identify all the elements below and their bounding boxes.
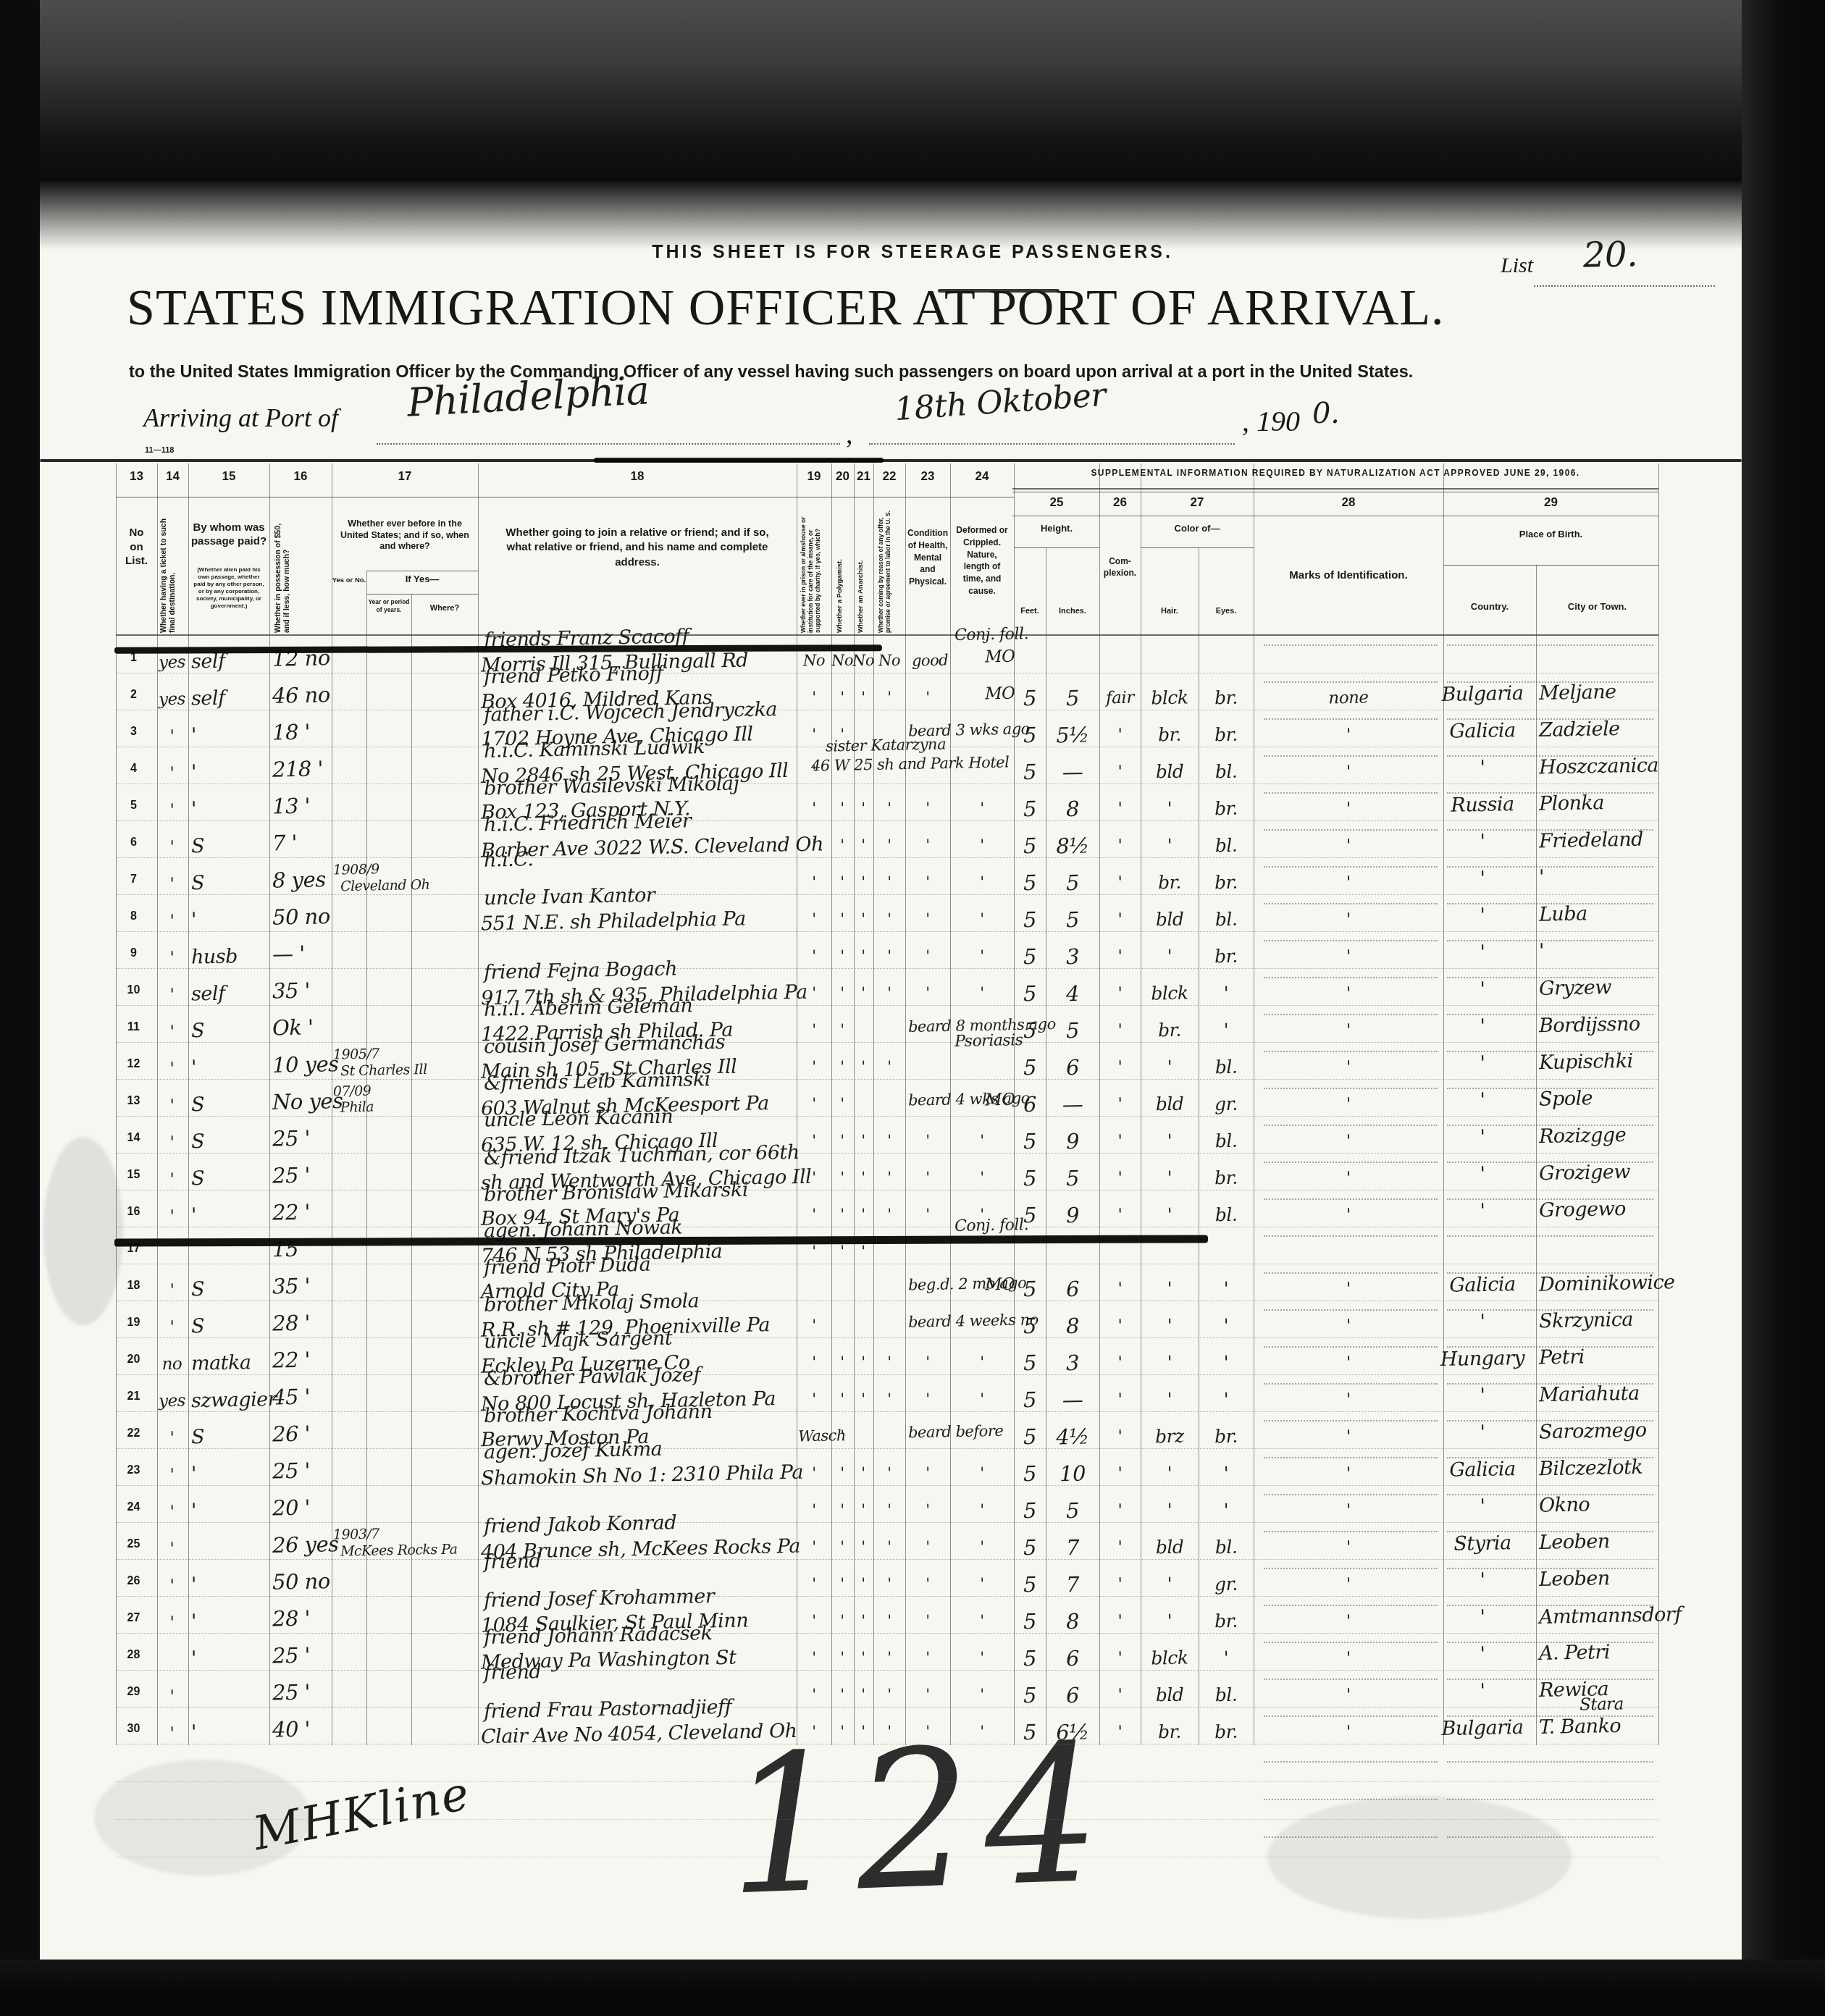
header-rule: [1141, 547, 1254, 548]
cell-hair: ': [1141, 945, 1199, 967]
cell-height-inches: 7: [1046, 1534, 1100, 1560]
cell-hair: blck: [1141, 1647, 1199, 1669]
cell-birth-city: Hoszczanica: [1539, 754, 1659, 778]
cell-height-feet: 5: [1014, 760, 1046, 785]
grid-line: [411, 594, 412, 1745]
cell-eyes: ': [1199, 1499, 1254, 1521]
col23-number: 23: [905, 469, 950, 484]
cell-mark: ': [873, 836, 905, 854]
row-separator-line: [116, 1411, 1658, 1412]
cell-complexion: ': [1099, 983, 1141, 1003]
cell-mark: ': [798, 910, 830, 928]
cell-mark: ': [966, 1686, 998, 1704]
cell-hair: bld: [1141, 1536, 1199, 1558]
cell-before-us-where: St Charles Ill: [340, 1062, 427, 1079]
cell-height-feet: 5: [1014, 1351, 1046, 1376]
row-separator-line: [116, 1485, 1658, 1486]
cell-birth-city: Leoben: [1539, 1530, 1610, 1554]
cell-money: 218 ': [272, 756, 324, 781]
cell-ticket: yes: [156, 653, 188, 673]
marks-leader-line: [1264, 903, 1438, 904]
cell-passage-paid: self: [191, 687, 225, 710]
cell-birth-country: ': [1429, 830, 1537, 854]
cell-mark: ': [966, 1169, 998, 1187]
cell-deformed-initials: MO: [985, 1275, 1015, 1295]
col29-country-label: Country.: [1443, 601, 1536, 612]
cell-money: — ': [272, 941, 305, 967]
cell-mark: ': [873, 910, 905, 928]
cell-eyes: ': [1199, 1647, 1254, 1668]
row-number: 4: [116, 763, 151, 776]
page-title: STATES IMMIGRATION OFFICER AT PORT OF AR…: [127, 280, 1445, 337]
cell-mark: ': [826, 1021, 858, 1039]
cell-money: 50 no: [272, 1568, 330, 1595]
cell-mark: ': [912, 947, 944, 965]
row-separator-line: [116, 1744, 1658, 1744]
cell-birth-country: ': [1429, 1384, 1537, 1408]
cell-height-feet: 5: [1014, 1461, 1046, 1487]
cell-before-us-year: 1903/7: [333, 1526, 379, 1542]
row-separator-line: [116, 857, 1658, 858]
row-number: 2: [116, 689, 151, 702]
cell-birth-city: T. Banko: [1539, 1715, 1621, 1739]
cell-ticket: ': [156, 949, 188, 968]
cell-mark: ': [912, 1612, 944, 1630]
cell-mark: ': [966, 799, 998, 818]
cell-before-us-year: 1908/9: [333, 861, 379, 878]
col22-header-label: Whether coming by reason of any offer, p…: [877, 508, 903, 633]
cell-marks: ': [1297, 1427, 1400, 1448]
scan-left-band: [0, 0, 40, 2016]
cell-passage-paid: ': [191, 761, 197, 784]
cell-ticket: ': [156, 1613, 188, 1633]
cell-birth-city: Bordijssno: [1539, 1013, 1640, 1038]
cell-height-feet: 5: [1014, 1572, 1046, 1597]
cell-money: 28 ': [272, 1311, 311, 1336]
cell-eyes: ': [1199, 1351, 1254, 1373]
cell-hair: blck: [1141, 982, 1199, 1004]
cell-marks: ': [1297, 1316, 1400, 1337]
cell-height-inches: 6½: [1046, 1719, 1100, 1744]
marks-leader-line: [1264, 977, 1438, 978]
cell-height-inches: 8: [1046, 1313, 1100, 1338]
cell-relative-name: friend Fejna Bogach: [484, 957, 677, 983]
col25-inches-label: Inches.: [1046, 607, 1099, 616]
cell-birth-country: ': [1429, 1162, 1537, 1187]
cell-deformed-initials: MO: [985, 647, 1015, 667]
cell-money: 18 ': [272, 720, 311, 745]
cell-mark: ': [798, 1575, 830, 1593]
header-rule: [116, 634, 1658, 636]
cell-eyes: bl.: [1199, 834, 1254, 856]
cell-birth-city: Grozigew: [1539, 1161, 1631, 1185]
cell-height-feet: 5: [1014, 1129, 1046, 1154]
col22-number: 22: [873, 469, 905, 484]
cell-hair: ': [1141, 1167, 1199, 1189]
cell-before-us-year: 07/09: [333, 1083, 372, 1100]
cell-birth-country: ': [1429, 1421, 1537, 1445]
cell-height-feet: 5: [1014, 1387, 1046, 1413]
cell-marks: ': [1297, 1574, 1400, 1595]
cell-ticket: ': [156, 727, 188, 747]
cell-height-inches: 4½: [1046, 1424, 1100, 1449]
cell-money: 25 ': [272, 1458, 311, 1484]
cell-ticket: ': [156, 875, 188, 894]
cell-passage-paid: ': [191, 1500, 197, 1522]
col15-header-label: By whom was passage paid?: [190, 521, 268, 549]
cell-deformed: Conj. foll.: [955, 1216, 1028, 1235]
cell-complexion: ': [1099, 1500, 1141, 1520]
marks-leader-line: [1264, 1494, 1438, 1495]
col20-header-label: Whether a Polygamist.: [836, 508, 852, 633]
cell-hair: ': [1141, 1573, 1199, 1595]
header-rule: [1012, 516, 1658, 516]
cell-mark: ': [798, 689, 830, 707]
col16-number: 16: [269, 469, 332, 484]
cell-passage-paid: husb: [191, 945, 238, 968]
year-digit-handwritten: 0.: [1312, 397, 1340, 431]
cell-passage-paid: ': [191, 1647, 197, 1670]
cell-mark: ': [966, 984, 998, 1002]
cell-relative-name: brother Mikolaj Smola: [484, 1290, 700, 1316]
list-number-handwritten: 20.: [1582, 234, 1637, 275]
cell-marks: ': [1297, 910, 1400, 931]
col27-eyes-label: Eyes.: [1199, 607, 1254, 616]
cell-passage-paid: ': [191, 1463, 197, 1485]
scan-top-fade: [40, 181, 1742, 250]
cell-hair: brz: [1141, 1425, 1199, 1448]
cell-deformed: Conj. foll.: [955, 625, 1028, 644]
cell-mark: ': [798, 1538, 830, 1556]
cell-birth-country: ': [1429, 867, 1537, 891]
col27-header-label: Color of—: [1141, 523, 1254, 534]
cell-mark: ': [798, 1206, 830, 1224]
cell-eyes: bl.: [1199, 760, 1254, 782]
cell-marks: ': [1297, 1611, 1400, 1632]
cell-before-us-where: Cleveland Oh: [340, 877, 430, 894]
row-separator-line: [116, 1448, 1658, 1449]
row-number: 28: [116, 1649, 151, 1662]
cell-mark: ': [873, 947, 905, 965]
cell-before-us-year: 1905/7: [333, 1046, 379, 1062]
marks-leader-line: [1264, 1642, 1438, 1643]
row-separator-line: [116, 1633, 1658, 1634]
cell-hair: bld: [1141, 760, 1199, 783]
cell-birth-city: Meljane: [1539, 681, 1616, 705]
birth-leader-line: [1447, 1235, 1653, 1237]
cell-mark: ': [798, 1243, 830, 1261]
cell-mark: ': [873, 873, 905, 891]
date-underline: [869, 443, 1235, 445]
cell-complexion: ': [1099, 1131, 1141, 1151]
cell-height-inches: 5: [1046, 1498, 1100, 1523]
col28-number: 28: [1254, 495, 1443, 510]
row-number: 7: [116, 873, 151, 886]
col19-header-label: Whether ever in prison or almshouse or i…: [800, 508, 830, 633]
scan-top-shadow: [0, 0, 1825, 182]
cell-ticket: yes: [156, 690, 188, 710]
row-number: 13: [116, 1095, 151, 1108]
row-number: 21: [116, 1390, 151, 1403]
marks-leader-line: [1264, 1679, 1438, 1680]
cell-marks: ': [1297, 1537, 1400, 1558]
cell-relative-name: brother Kochtva Johann: [484, 1400, 713, 1427]
cell-mark: ': [873, 1686, 905, 1704]
cell-mark: ': [966, 1501, 998, 1519]
row-separator-line: [116, 1190, 1658, 1190]
row-separator-line: [116, 1374, 1658, 1375]
header-rule: [366, 594, 478, 595]
cell-birth-country: ': [1429, 1605, 1537, 1630]
col18-header-label: Whether going to join a relative or frie…: [492, 526, 782, 570]
cell-complexion: ': [1099, 873, 1141, 892]
cell-before-us-where: McKees Rocks Pa: [340, 1541, 458, 1559]
cell-mark: ': [873, 1132, 905, 1150]
cell-mark: ': [798, 1686, 830, 1704]
cell-height-feet: 5: [1014, 1646, 1046, 1671]
cell-birth-country: ': [1429, 1125, 1537, 1150]
cell-complexion: ': [1099, 910, 1141, 929]
col14-number: 14: [157, 469, 188, 484]
cell-health-note: beard before: [908, 1422, 1004, 1442]
steerage-banner: THIS SHEET IS FOR STEERAGE PASSENGERS.: [623, 242, 1202, 263]
cell-mark: ': [798, 1501, 830, 1519]
cell-mark: ': [826, 1427, 858, 1445]
cell-birth-city: Okno: [1539, 1493, 1590, 1516]
marks-leader-line: [1264, 1272, 1438, 1274]
row-number: 12: [116, 1058, 151, 1071]
cell-mark: ': [798, 799, 830, 818]
cell-birth-city: Skrzynica: [1539, 1309, 1634, 1332]
cell-mark: ': [966, 1132, 998, 1150]
cell-mark: ': [912, 1353, 944, 1372]
cell-eyes: br.: [1199, 945, 1254, 967]
cell-mark: ': [966, 1612, 998, 1630]
cell-birth-country: ': [1429, 1199, 1537, 1224]
cell-mark: ': [847, 1243, 879, 1261]
cell-money: 28 ': [272, 1606, 311, 1631]
cell-complexion: ': [1099, 1316, 1141, 1335]
row-number: 6: [116, 836, 151, 849]
row-number: 29: [116, 1686, 151, 1699]
cell-birth-city: A. Petri: [1539, 1641, 1611, 1665]
cell-mark: ': [966, 1464, 998, 1482]
cell-marks: ': [1297, 1131, 1400, 1152]
birth-leader-line: [1447, 1836, 1653, 1838]
cell-mark: ': [912, 873, 944, 891]
col25-number: 25: [1014, 495, 1099, 510]
cell-relative-name: uncle Majk Sargent: [484, 1327, 673, 1353]
cell-mark: ': [912, 1538, 944, 1556]
cell-ticket: ': [156, 1207, 188, 1227]
cell-mark: ': [798, 1058, 830, 1076]
cell-deformed-initials: MO: [985, 684, 1015, 704]
cell-height-inches: 5: [1046, 1017, 1100, 1043]
cell-money: 35 ': [272, 1274, 311, 1299]
cell-mark: No: [798, 652, 830, 670]
cell-mark: Wasch: [798, 1427, 830, 1445]
cell-passage-paid: S: [191, 1167, 205, 1190]
col17-number: 17: [332, 469, 478, 484]
cell-passage-paid: ': [191, 1204, 197, 1227]
list-underline: [1534, 285, 1715, 287]
cell-complexion: ': [1099, 799, 1141, 818]
cell-complexion: ': [1099, 1685, 1141, 1705]
cell-height-inches: 6: [1046, 1682, 1100, 1708]
col18-number: 18: [478, 469, 797, 484]
cell-mark: ': [912, 1723, 944, 1741]
cell-eyes: br.: [1199, 1610, 1254, 1631]
row-number: 3: [116, 726, 151, 739]
cell-passage-paid: ': [191, 1721, 197, 1744]
cell-marks: ': [1297, 1279, 1400, 1300]
cell-mark: ': [912, 910, 944, 928]
cell-passage-paid: self: [191, 983, 225, 1006]
cell-marks: ': [1297, 1094, 1400, 1115]
cell-birth-country: Galicia: [1429, 719, 1537, 744]
cell-mark: ': [798, 1095, 830, 1113]
cell-relative-name: h.i.l. Aberim Geleman: [484, 994, 693, 1021]
cell-relative-name: uncle Ivan Kantor: [484, 884, 655, 910]
cell-passage-paid: S: [191, 1093, 205, 1116]
scan-bottom-band: [0, 1960, 1825, 2016]
row-number: 5: [116, 799, 151, 812]
cell-birth-city: Rozizgge: [1539, 1124, 1627, 1148]
cell-eyes: br.: [1199, 1721, 1254, 1742]
cell-birth-country: ': [1429, 1568, 1537, 1593]
cell-height-inches: 6: [1046, 1054, 1100, 1080]
cell-mark: ': [798, 947, 830, 965]
cell-mark: ': [966, 873, 998, 891]
cell-eyes: br.: [1199, 1425, 1254, 1447]
cell-ticket: ': [156, 1687, 188, 1707]
marks-leader-line: [1264, 681, 1438, 683]
cell-mark: ': [798, 1021, 830, 1039]
cell-hair: ': [1141, 1314, 1199, 1337]
cell-hair: bld: [1141, 1093, 1199, 1115]
col24-number: 24: [950, 469, 1014, 484]
cell-passage-paid: S: [191, 1426, 205, 1448]
cell-passage-paid: ': [191, 1574, 197, 1596]
row-separator-line: [116, 1522, 1658, 1523]
cell-money: 7 ': [272, 831, 298, 856]
cell-birth-country: ': [1429, 1310, 1537, 1335]
cell-height-inches: 5: [1046, 685, 1100, 710]
cell-height-feet: 5: [1014, 981, 1046, 1007]
cell-mark: ': [966, 1353, 998, 1372]
row-number: 24: [116, 1501, 151, 1514]
grid-line: [1658, 463, 1659, 1745]
cell-mark: ': [912, 836, 944, 854]
cell-mark: ': [966, 1390, 998, 1408]
cell-birth-city: Sarozmego: [1539, 1419, 1647, 1444]
cell-birth-country: ': [1429, 941, 1537, 965]
col17-where-label: Where?: [411, 604, 478, 613]
cell-money: 25 ': [272, 1126, 311, 1151]
cell-eyes: bl.: [1199, 1536, 1254, 1558]
cell-height-feet: 6: [1014, 1092, 1046, 1117]
row-separator-line: [116, 894, 1658, 895]
cell-passage-paid: ': [191, 1610, 197, 1633]
cell-birth-city: Dominikowice: [1539, 1271, 1675, 1296]
cell-height-feet: 5: [1014, 1683, 1046, 1708]
cell-height-feet: 5: [1014, 686, 1046, 711]
cell-mark: ': [873, 1206, 905, 1224]
cell-money: 22 ': [272, 1348, 311, 1373]
col17-header-label: Whether ever before in the United States…: [335, 518, 475, 553]
row-separator-line: [116, 1005, 1658, 1006]
cell-birth-country: ': [1429, 904, 1537, 928]
cell-height-inches: 9: [1046, 1202, 1100, 1227]
cell-hair: bld: [1141, 908, 1199, 931]
cell-eyes: br.: [1199, 723, 1254, 745]
marks-leader-line: [1264, 1198, 1438, 1200]
row-number: 14: [116, 1132, 151, 1145]
cell-mark: ': [798, 1723, 830, 1741]
cell-money: Ok ': [272, 1015, 314, 1040]
cell-hair: ': [1141, 1462, 1199, 1484]
cell-mark: ': [966, 1649, 998, 1667]
cell-birth-country: ': [1429, 1642, 1537, 1667]
cell-ticket: ': [156, 838, 188, 857]
cell-marks: ': [1297, 946, 1400, 967]
grid-line: [478, 463, 479, 1745]
cell-height-inches: —: [1046, 1091, 1100, 1117]
cell-birth-city: Luba: [1539, 902, 1587, 925]
cell-eyes: gr.: [1199, 1573, 1254, 1595]
marks-leader-line: [1264, 1014, 1438, 1015]
cell-birth-country: ': [1429, 978, 1537, 1002]
cell-marks: ': [1297, 1500, 1400, 1521]
marks-leader-line: [1264, 1761, 1438, 1763]
cell-money: 50 no: [272, 904, 330, 930]
marks-leader-line: [1264, 1715, 1438, 1717]
cell-marks: ': [1297, 1390, 1400, 1411]
header-rule: [1012, 492, 1658, 492]
cell-relative-name: h.i.C. Friedrich Meier: [484, 810, 692, 836]
cell-mark: ': [966, 1538, 998, 1556]
cell-birth-city: Bilczezlotk: [1539, 1456, 1643, 1481]
marks-leader-line: [1264, 1799, 1438, 1800]
cell-mark: ': [912, 1169, 944, 1187]
cell-birth-country: ': [1429, 1495, 1537, 1519]
cell-passage-paid: S: [191, 1315, 205, 1337]
col23-header-label: Condition of Health, Mental and Physical…: [907, 527, 949, 588]
cell-mark: ': [912, 984, 944, 1002]
cell-money: 26 yes: [272, 1532, 339, 1558]
cell-eyes: ': [1199, 1388, 1254, 1410]
marks-leader-line: [1264, 792, 1438, 794]
col29-header-label: Place of Birth.: [1443, 529, 1658, 539]
cell-passage-paid: S: [191, 1278, 205, 1301]
cell-height-feet: 5: [1014, 1277, 1046, 1302]
cell-money: 20 ': [272, 1495, 311, 1521]
row-separator-line: [116, 1707, 1658, 1708]
cell-relative-name: friend: [484, 1550, 542, 1574]
cell-mark: ': [798, 1316, 830, 1335]
cell-relative-name: &brother Pawlak Jozef: [484, 1364, 700, 1390]
cell-mark: ': [912, 689, 944, 707]
cell-birth-country: ': [1429, 1088, 1537, 1113]
row-separator-line: [116, 784, 1658, 784]
cell-height-feet: 5: [1014, 1314, 1046, 1339]
cell-height-inches: 8: [1046, 1608, 1100, 1634]
cell-money: 25 ': [272, 1680, 311, 1705]
col21-header-label: Whether an Anarchist.: [857, 508, 872, 633]
cell-ticket: ': [156, 1540, 188, 1559]
cell-marks: ': [1297, 1648, 1400, 1669]
table-top-rule: [40, 459, 1742, 462]
